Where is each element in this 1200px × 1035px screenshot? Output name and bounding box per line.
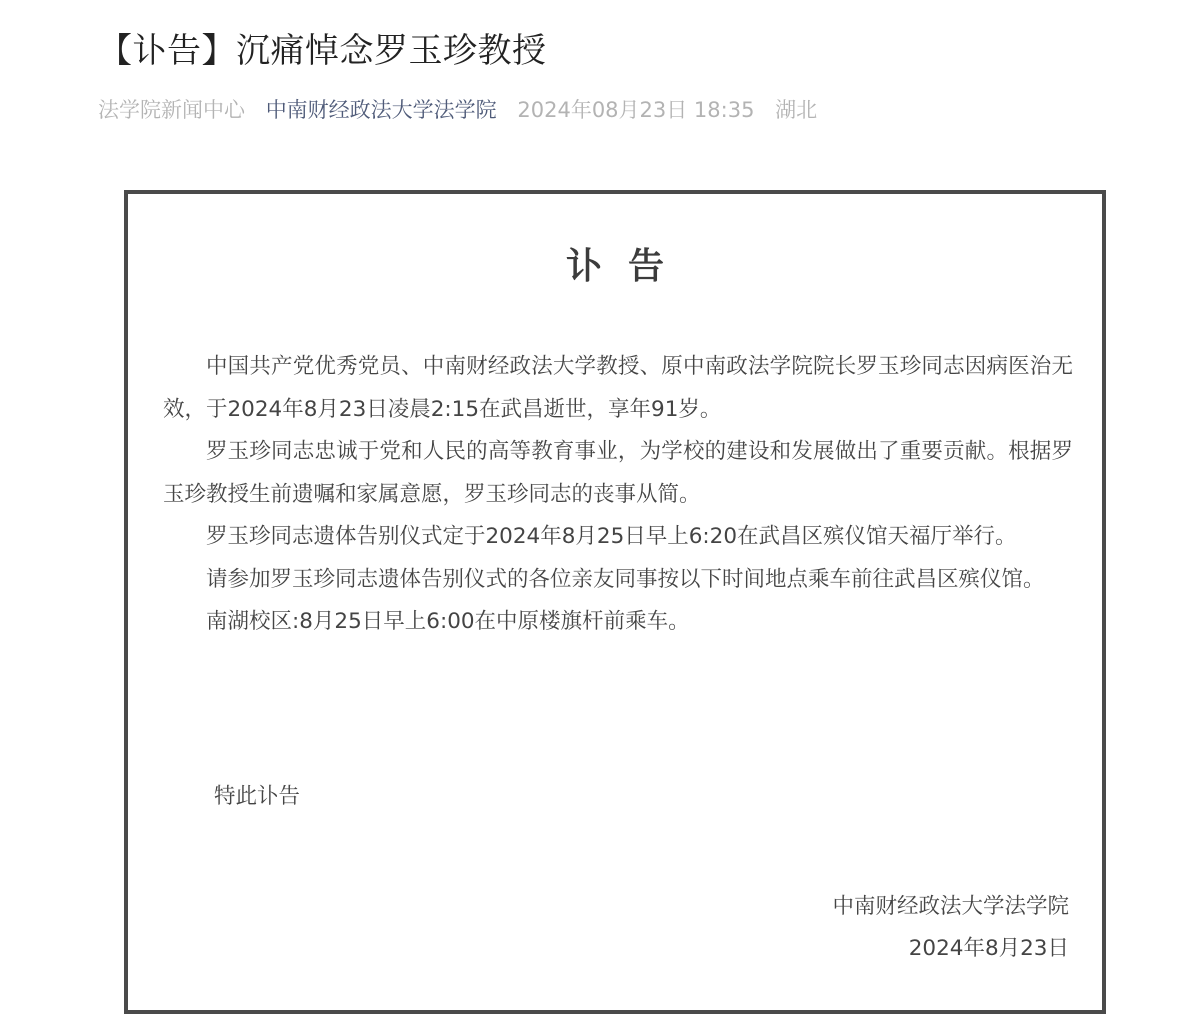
article-meta: 法学院新闻中心 中南财经政法大学法学院 2024年08月23日 18:35 湖北 (98, 94, 831, 126)
notice-paragraph: 罗玉珍同志遗体告别仪式定于2024年8月25日早上6:20在武昌区殡仪馆天福厅举… (163, 516, 1073, 559)
signature-date: 2024年8月23日 (832, 928, 1069, 970)
meta-source: 法学院新闻中心 (98, 98, 245, 122)
notice-body: 中国共产党优秀党员、中南财经政法大学教授、原中南政法学院院长罗玉珍同志因病医治无… (163, 346, 1073, 644)
obituary-notice-image: 讣告 中国共产党优秀党员、中南财经政法大学教授、原中南政法学院院长罗玉珍同志因病… (124, 190, 1106, 1014)
meta-datetime: 2024年08月23日 18:35 (517, 98, 754, 122)
notice-closing: 特此讣告 (214, 777, 300, 817)
notice-paragraph: 罗玉珍同志忠诚于党和人民的高等教育事业，为学校的建设和发展做出了重要贡献。根据罗… (163, 431, 1073, 516)
notice-paragraph: 南湖校区:8月25日早上6:00在中原楼旗杆前乘车。 (163, 601, 1073, 644)
meta-account-link[interactable]: 中南财经政法大学法学院 (266, 98, 497, 122)
notice-signature: 中南财经政法大学法学院 2024年8月23日 (832, 886, 1069, 970)
article-title: 【讣告】沉痛悼念罗玉珍教授 (98, 26, 547, 76)
signature-organization: 中南财经政法大学法学院 (832, 886, 1069, 928)
notice-paragraph: 中国共产党优秀党员、中南财经政法大学教授、原中南政法学院院长罗玉珍同志因病医治无… (163, 346, 1073, 431)
notice-paragraph: 请参加罗玉珍同志遗体告别仪式的各位亲友同事按以下时间地点乘车前往武昌区殡仪馆。 (163, 559, 1073, 602)
meta-location: 湖北 (775, 98, 817, 122)
notice-heading: 讣告 (128, 242, 1102, 292)
